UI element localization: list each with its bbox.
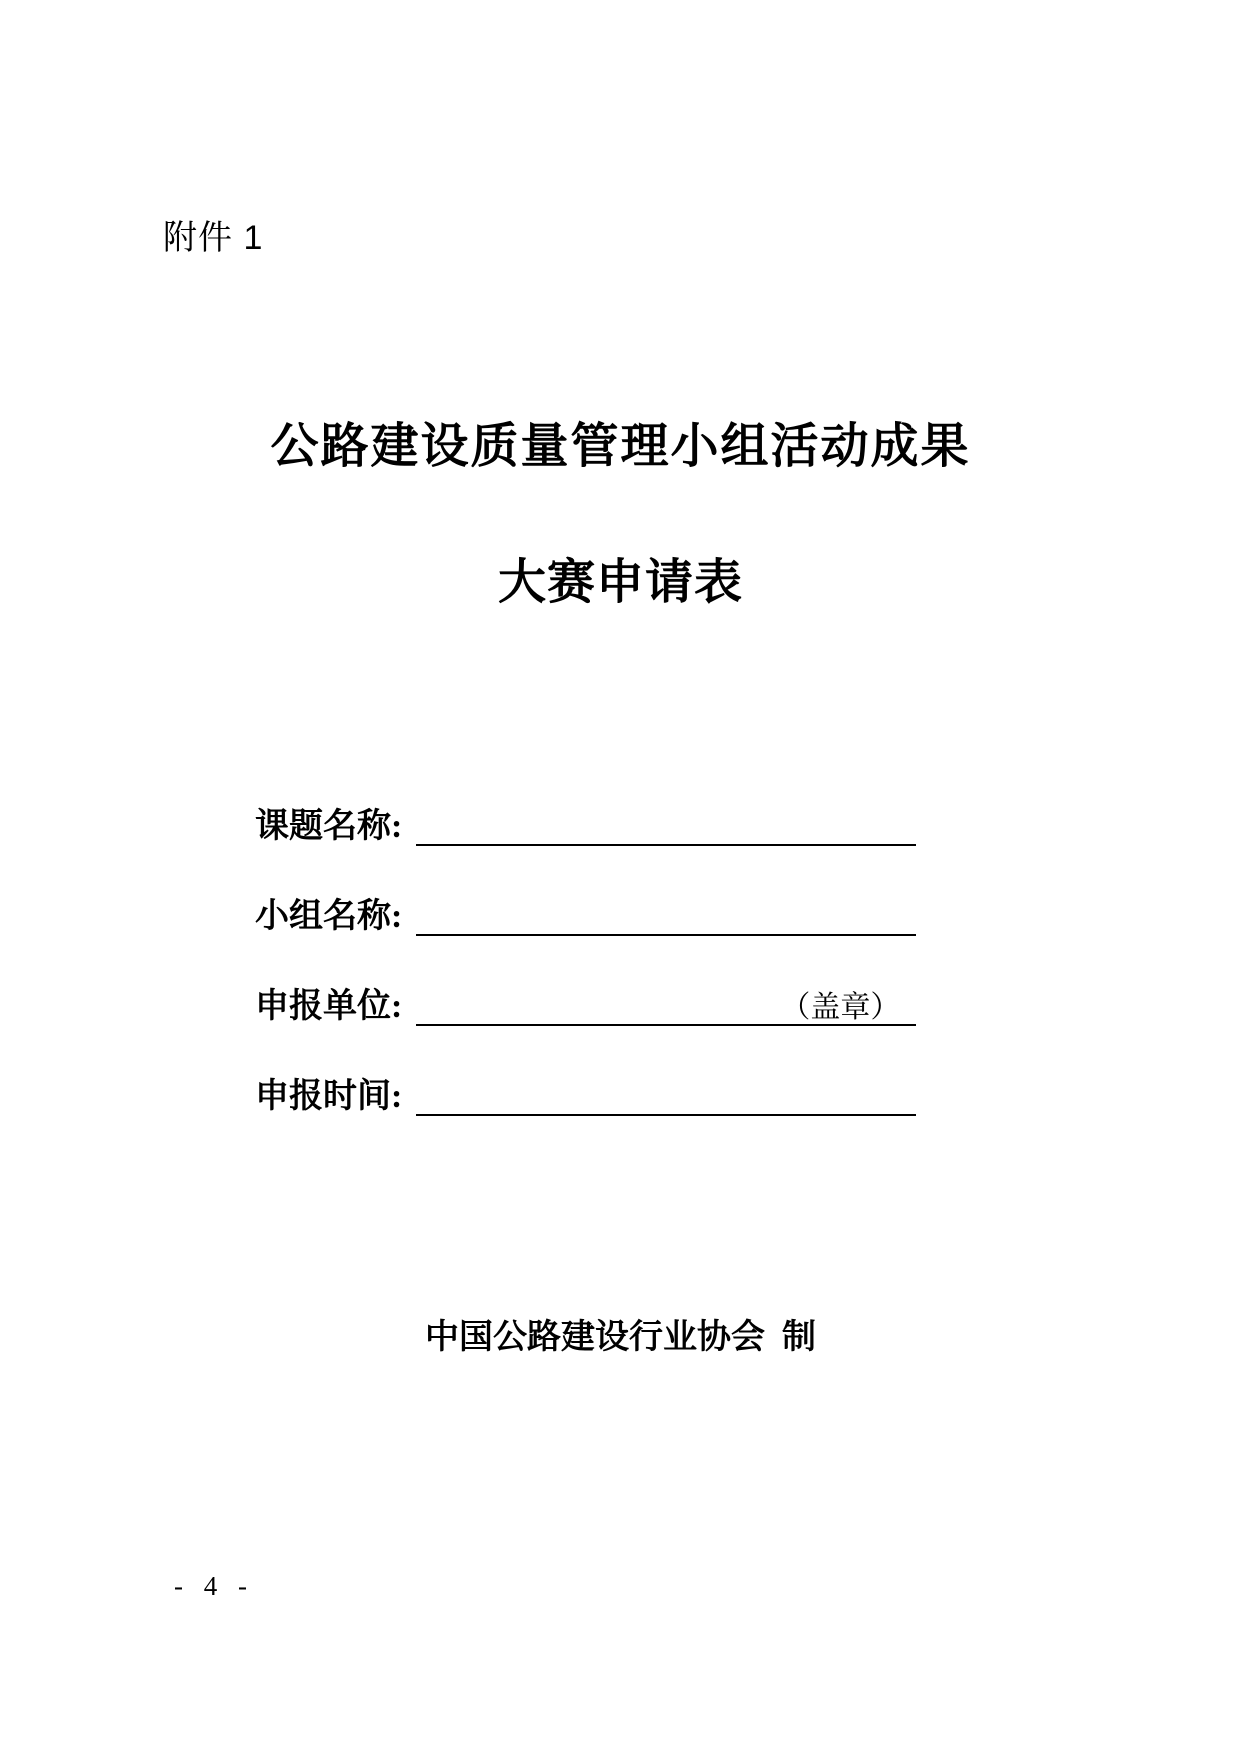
form-row-application-date: 申报时间: — [255, 1072, 916, 1116]
document-page: 附件 1 公路建设质量管理小组活动成果 大赛申请表 课题名称: 小组名称: 申报… — [0, 0, 1241, 1755]
topic-name-suffix — [900, 843, 916, 844]
topic-name-label: 课题名称: — [255, 810, 402, 846]
document-title-line1: 公路建设质量管理小组活动成果 — [0, 418, 1241, 476]
applicant-unit-label: 申报单位: — [255, 990, 402, 1026]
form-row-applicant-unit: 申报单位: （盖章） — [255, 982, 916, 1026]
group-name-blank-line — [416, 892, 916, 936]
application-date-label: 申报时间: — [255, 1080, 402, 1116]
application-date-blank-line — [416, 1072, 916, 1116]
application-date-suffix — [900, 1113, 916, 1114]
applicant-unit-blank-line: （盖章） — [416, 982, 916, 1026]
page-number: - 4 - — [174, 1570, 254, 1602]
seal-note: （盖章） — [780, 993, 916, 1024]
form-row-group-name: 小组名称: — [255, 892, 916, 936]
form-row-topic-name: 课题名称: — [255, 802, 916, 846]
group-name-label: 小组名称: — [255, 900, 402, 936]
application-form: 课题名称: 小组名称: 申报单位: （盖章） 申报时间: — [255, 802, 916, 1162]
document-title-line2: 大赛申请表 — [0, 554, 1241, 612]
topic-name-blank-line — [416, 802, 916, 846]
attachment-label: 附件 1 — [163, 220, 263, 257]
group-name-suffix — [900, 933, 916, 934]
issuer-line: 中国公路建设行业协会 制 — [0, 1318, 1241, 1359]
